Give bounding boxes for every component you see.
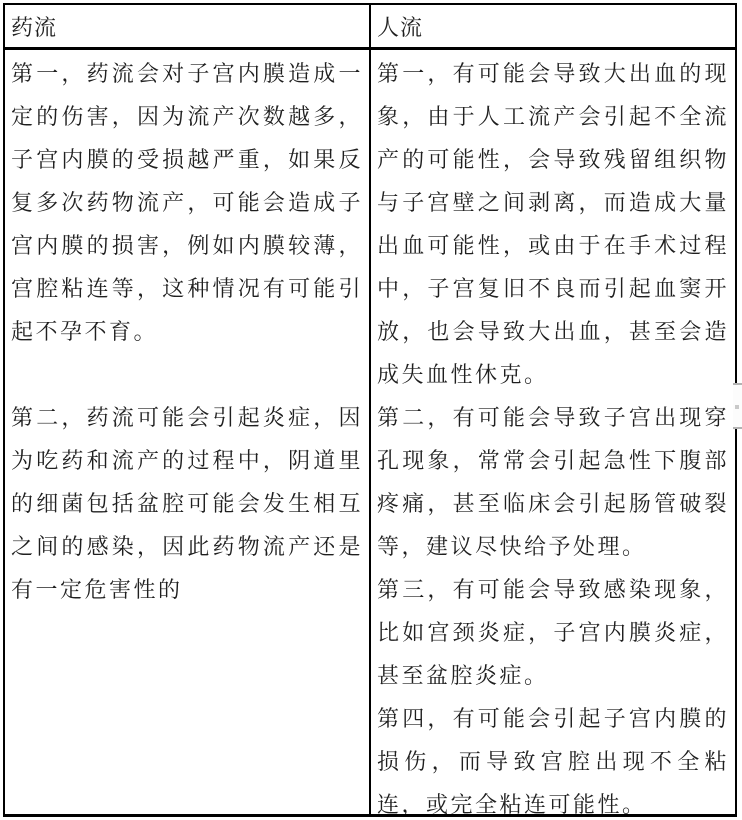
paragraph: 第四，有可能会引起子宫内膜的损伤，而导致宫腔出现不全粘连，或完全粘连可能性。	[377, 697, 729, 814]
column-header-surgical-abortion: 人流	[371, 5, 735, 47]
paragraph: 第二，有可能会导致子宫出现穿孔现象，常常会引起急性下腹部疼痛，甚至临床会引起肠管…	[377, 396, 729, 568]
column-header-medical-abortion: 药流	[5, 5, 371, 47]
paragraph-blank	[11, 353, 363, 396]
clipped-panel-fragment	[733, 383, 742, 429]
paragraph: 第一，药流会对子宫内膜造成一定的伤害，因为流产次数越多，子宫内膜的受损越严重，如…	[11, 52, 363, 353]
table-header-row: 药流 人流	[5, 5, 735, 50]
paragraph: 第二，药流可能会引起炎症，因为吃药和流产的过程中，阴道里的细菌包括盆腔可能会发生…	[11, 396, 363, 611]
paragraph: 第三，有可能会导致感染现象，比如宫颈炎症，子宫内膜炎症，甚至盆腔炎症。	[377, 568, 729, 697]
paragraph: 第一，有可能会导致大出血的现象，由于人工流产会引起不全流产的可能性，会导致残留组…	[377, 52, 729, 396]
cell-surgical-abortion: 第一，有可能会导致大出血的现象，由于人工流产会引起不全流产的可能性，会导致残留组…	[371, 50, 735, 814]
table-body-row: 第一，药流会对子宫内膜造成一定的伤害，因为流产次数越多，子宫内膜的受损越严重，如…	[5, 50, 735, 814]
clipped-panel-dot	[735, 405, 739, 409]
cell-medical-abortion: 第一，药流会对子宫内膜造成一定的伤害，因为流产次数越多，子宫内膜的受损越严重，如…	[5, 50, 371, 814]
comparison-table: 药流 人流 第一，药流会对子宫内膜造成一定的伤害，因为流产次数越多，子宫内膜的受…	[3, 3, 737, 817]
